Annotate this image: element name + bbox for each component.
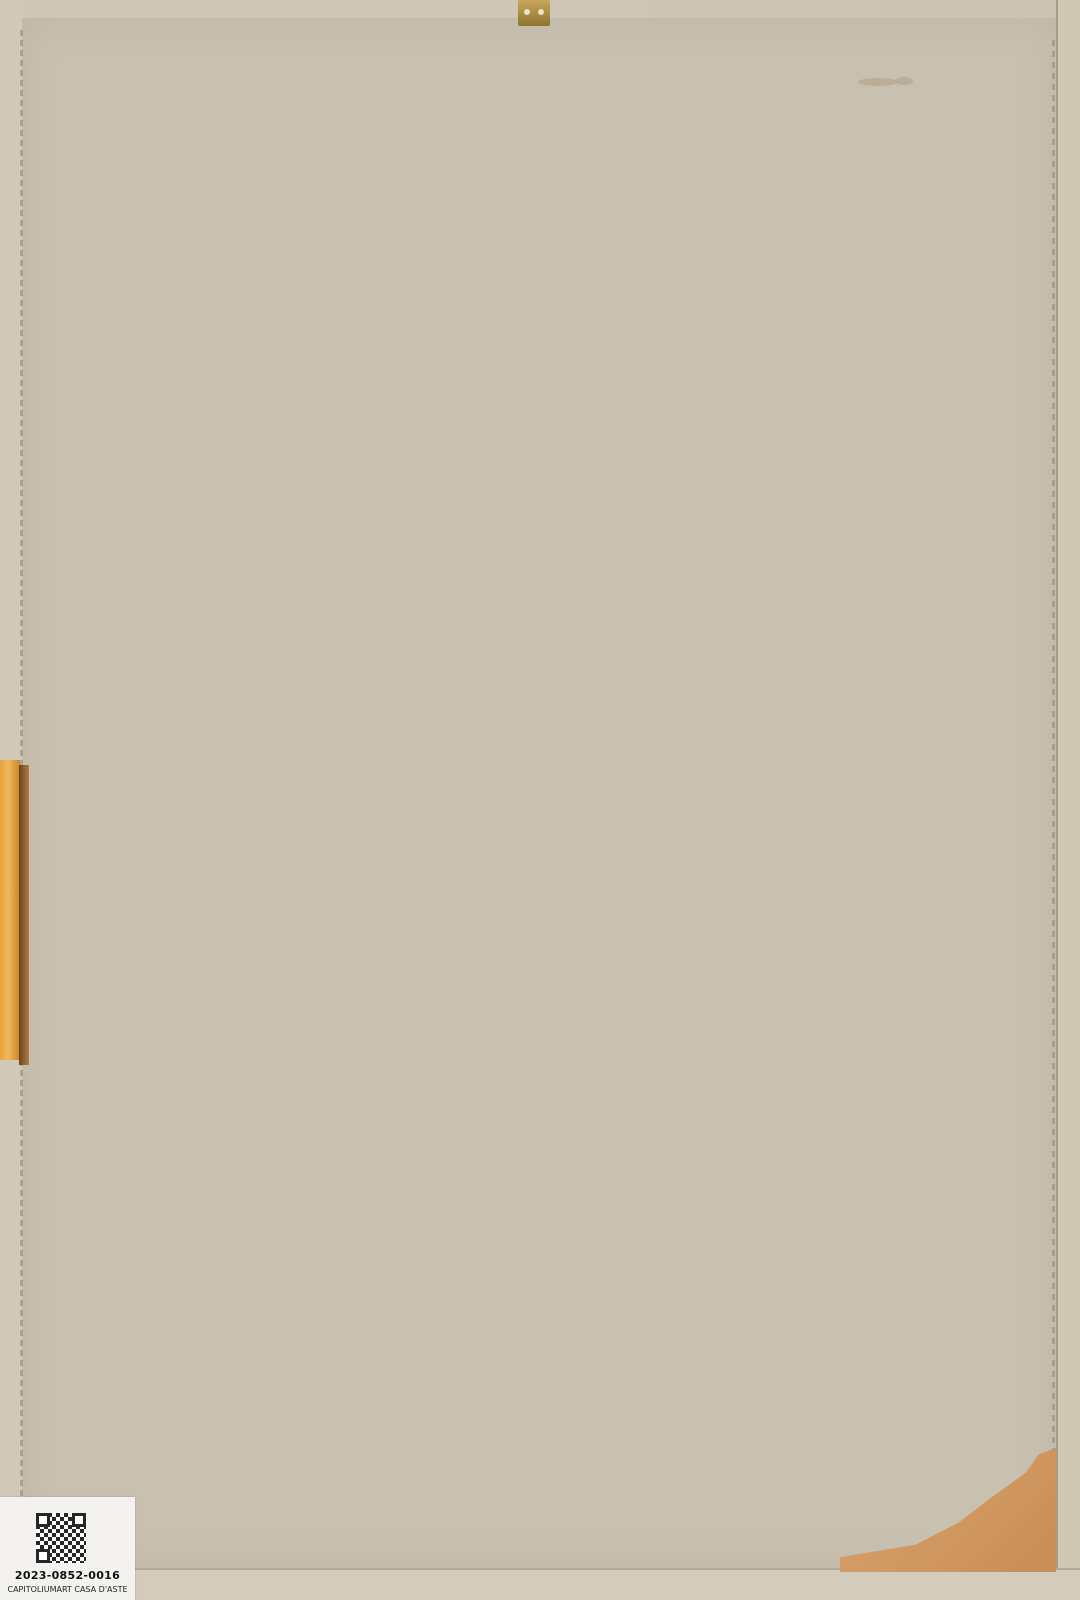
auction-house-name: CAPITOLIUMART CASA D'ASTE bbox=[0, 1585, 135, 1594]
stain-mark bbox=[858, 78, 898, 86]
auction-label: 2023-0852-0016 CAPITOLIUMART CASA D'ASTE bbox=[0, 1497, 135, 1600]
stain-mark bbox=[895, 77, 913, 85]
brass-hanger-icon bbox=[518, 0, 550, 26]
backing-paper bbox=[22, 18, 1056, 1568]
frame-bottom-edge bbox=[0, 1568, 1080, 1600]
paper-torn-edge-right bbox=[1052, 40, 1055, 1530]
frame-right-edge bbox=[1056, 0, 1080, 1600]
exposed-orange-strip bbox=[0, 760, 20, 1060]
exposed-brown-edge bbox=[19, 765, 29, 1065]
qr-code-icon bbox=[36, 1513, 86, 1563]
lot-id: 2023-0852-0016 bbox=[0, 1569, 135, 1582]
